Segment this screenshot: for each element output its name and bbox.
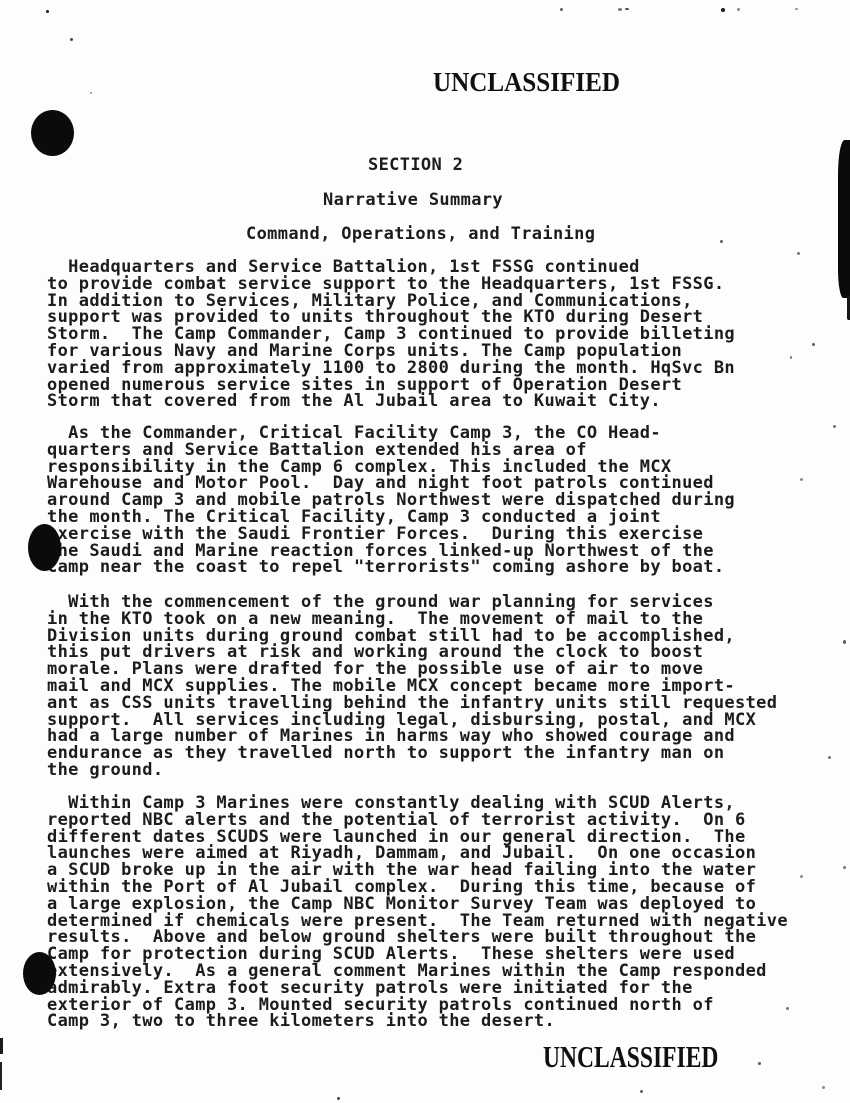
scan-speck — [800, 478, 803, 481]
scan-speck — [337, 1097, 340, 1100]
paragraph-3: With the commencement of the ground war … — [47, 594, 777, 779]
scan-speck — [560, 8, 563, 11]
hole-punch — [23, 952, 56, 995]
section-title: SECTION 2 — [368, 155, 463, 175]
classification-banner-bottom: UNCLASSIFIED — [543, 1041, 718, 1072]
classification-banner-top: UNCLASSIFIED — [433, 69, 620, 96]
scan-edge-artifact — [838, 140, 850, 298]
scan-speck — [737, 8, 740, 11]
scan-speck — [790, 356, 792, 359]
scan-speck — [797, 252, 800, 255]
scan-speck — [640, 1090, 643, 1093]
scan-speck — [618, 8, 622, 11]
scan-edge-artifact — [0, 1038, 3, 1054]
paragraph-4: Within Camp 3 Marines were constantly de… — [47, 795, 788, 1030]
scan-speck — [843, 640, 846, 644]
scan-speck — [70, 38, 73, 41]
scan-speck — [90, 92, 92, 94]
scan-speck — [833, 425, 836, 428]
hole-punch — [31, 110, 74, 156]
section-heading: Command, Operations, and Training — [246, 224, 595, 244]
scan-speck — [625, 8, 629, 10]
paragraph-2: As the Commander, Critical Facility Camp… — [47, 425, 735, 576]
scan-speck — [812, 343, 815, 346]
scan-speck — [758, 1062, 761, 1065]
paragraph-1: Headquarters and Service Battalion, 1st … — [47, 259, 735, 410]
scan-speck — [46, 10, 49, 13]
scan-speck — [828, 756, 831, 759]
scan-speck — [843, 866, 846, 869]
scan-speck — [720, 240, 723, 243]
scan-speck — [721, 8, 725, 12]
hole-punch — [28, 524, 61, 571]
scan-edge-artifact — [0, 1062, 2, 1090]
scanned-document-page: UNCLASSIFIED UNCLASSIFIED SECTION 2 Narr… — [0, 0, 850, 1103]
scan-speck — [786, 1007, 789, 1010]
scan-speck — [800, 875, 803, 878]
section-subtitle: Narrative Summary — [323, 190, 503, 210]
scan-speck — [822, 1086, 825, 1089]
scan-speck — [795, 8, 798, 10]
